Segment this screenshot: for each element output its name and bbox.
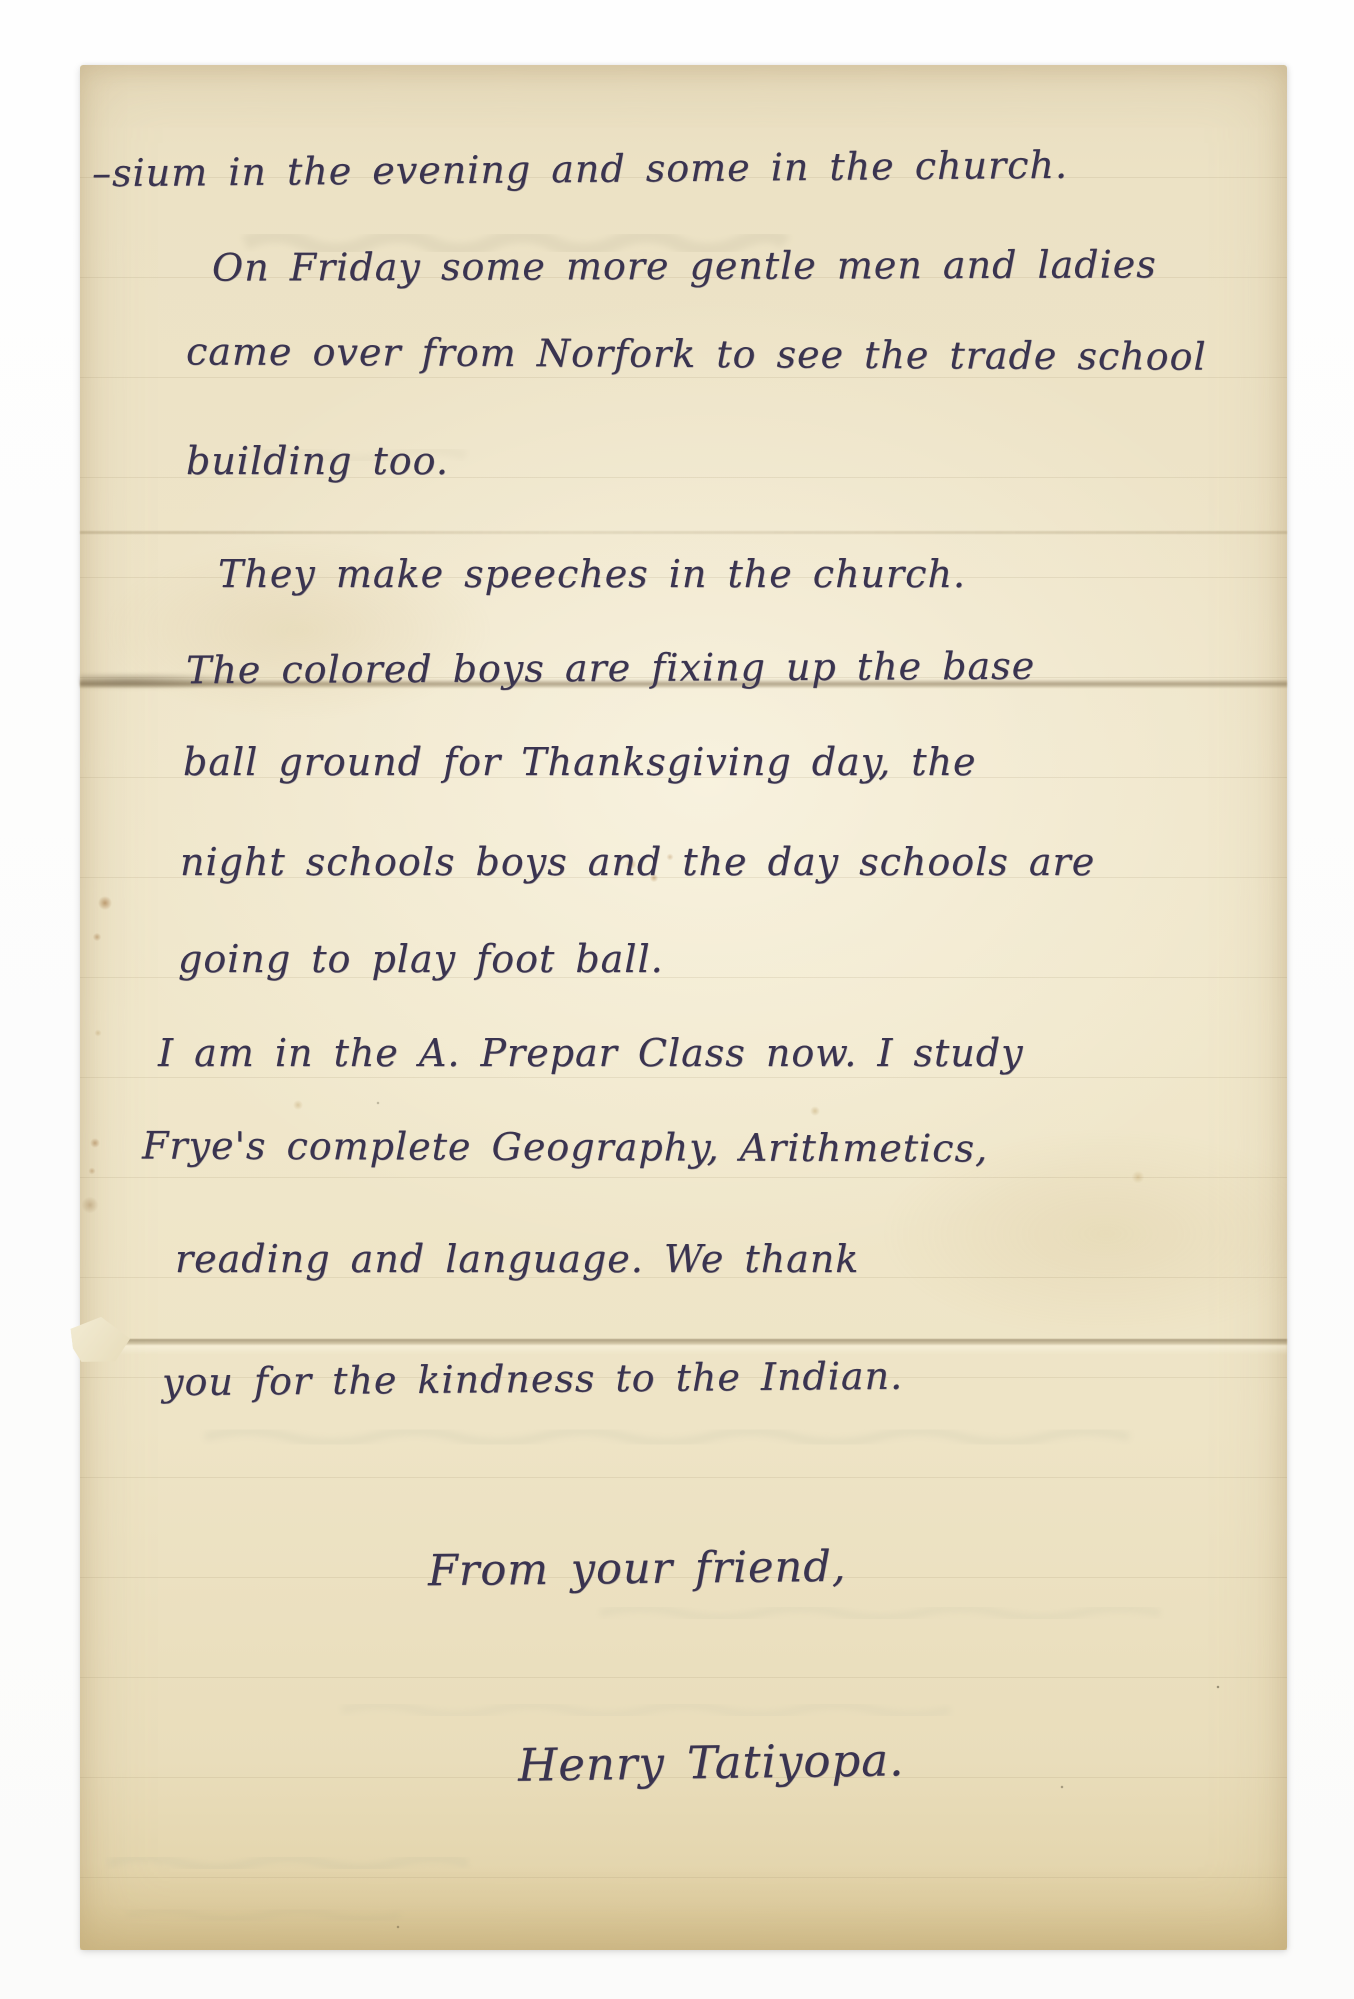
bleedthrough-ghost-line xyxy=(205,1431,1129,1443)
letter-line-11: Frye's complete Geography, Arithmetics, xyxy=(142,1120,988,1175)
fold-crease-lower xyxy=(80,1339,1287,1345)
letter-signature: Henry Tatiyopa. xyxy=(518,1734,905,1791)
letter-page: –sium in the evening and some in the chu… xyxy=(80,65,1287,1950)
bleedthrough-ghost-line xyxy=(128,1911,400,1920)
bleedthrough-ghost-line xyxy=(108,1858,468,1868)
letter-line-8: night schools boys and the day schools a… xyxy=(180,836,1095,888)
letter-scan: –sium in the evening and some in the chu… xyxy=(0,0,1354,1999)
letter-closing: From your friend, xyxy=(428,1541,847,1597)
letter-line-10: I am in the A. Prepar Class now. I study xyxy=(158,1027,1024,1079)
bottom-fold-shading xyxy=(80,1863,1287,1950)
letter-line-5: They make speeches in the church. xyxy=(218,548,966,600)
letter-line-3: came over from Norfork to see the trade … xyxy=(186,325,1207,382)
bleedthrough-ghost-line xyxy=(342,1705,950,1715)
letter-line-9: going to play foot ball. xyxy=(178,933,664,985)
letter-line-12: reading and language. We thank xyxy=(175,1233,859,1285)
letter-line-2: On Friday some more gentle men and ladie… xyxy=(212,238,1157,293)
letter-line-6: The colored boys are fixing up the base xyxy=(186,640,1035,696)
letter-line-7: ball ground for Thanksgiving day, the xyxy=(183,736,977,788)
fold-crease-upper xyxy=(80,531,1287,534)
letter-line-13: you for the kindness to the Indian. xyxy=(162,1350,904,1408)
letter-line-1: –sium in the evening and some in the chu… xyxy=(92,139,1068,200)
letter-line-4: building too. xyxy=(186,435,449,487)
bleedthrough-ghost-line xyxy=(600,1608,1160,1618)
torn-paper-edge xyxy=(69,1314,132,1367)
